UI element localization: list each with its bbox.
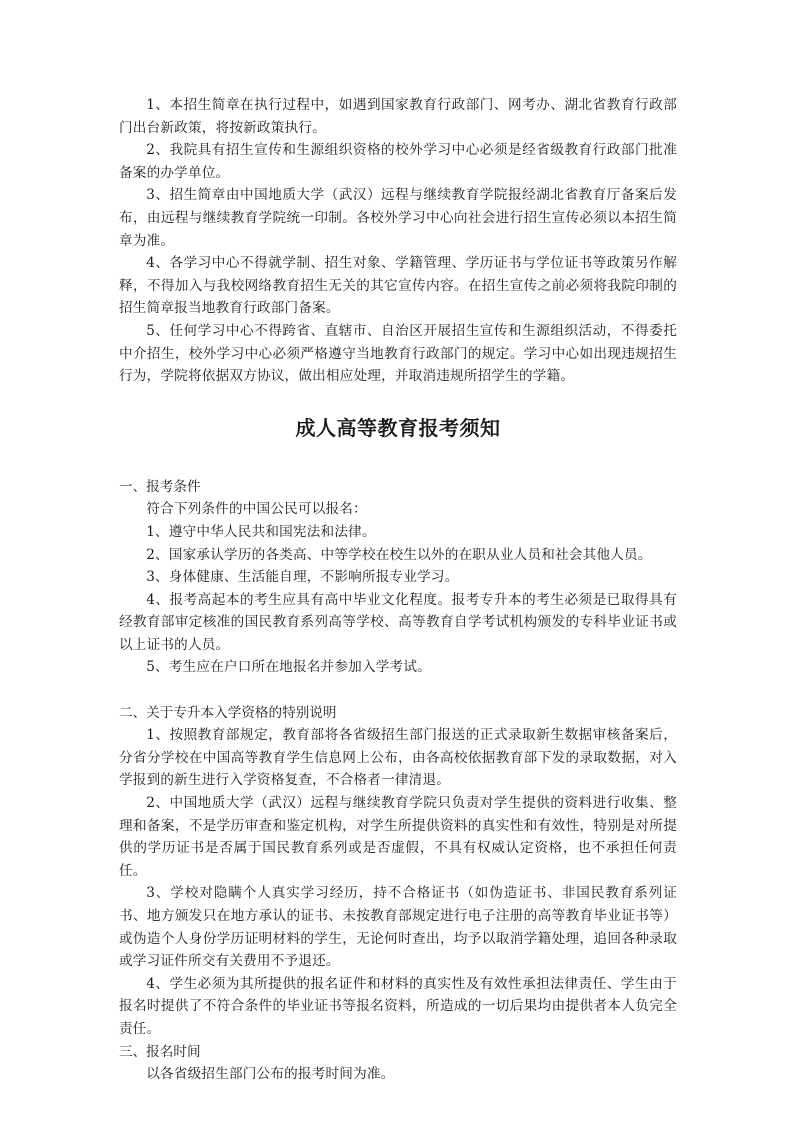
blank-line bbox=[119, 679, 677, 702]
section-heading: 三、报名时间 bbox=[119, 1041, 677, 1064]
section-upgrade-qualification: 二、关于专升本入学资格的特别说明 1、按照教育部规定，教育部将各省级招生部门报送… bbox=[119, 702, 677, 1041]
intro-item-5: 5、任何学习中心不得跨省、直辖市、自治区开展招生宣传和生源组织活动，不得委托中介… bbox=[119, 320, 677, 388]
list-item: 4、学生必须为其所提供的报名证件和材料的真实性及有效性承担法律责任、学生由于报名… bbox=[119, 973, 677, 1041]
list-item: 1、按照教育部规定，教育部将各省级招生部门报送的正式录取新生数据审核备案后，分省… bbox=[119, 724, 677, 792]
document-page: 1、本招生简章在执行过程中，如遇到国家教育行政部门、网考办、湖北省教育行政部门出… bbox=[119, 94, 677, 1086]
intro-item-4: 4、各学习中心不得就学制、招生对象、学籍管理、学历证书与学位证书等政策另作解释，… bbox=[119, 252, 677, 320]
list-item: 1、遵守中华人民共和国宪法和法律。 bbox=[119, 521, 677, 544]
document-title: 成人高等教育报考须知 bbox=[119, 414, 677, 442]
list-item: 5、考生应在户口所在地报名并参加入学考试。 bbox=[119, 656, 677, 679]
section-heading: 一、报考条件 bbox=[119, 476, 677, 499]
section-eligibility: 一、报考条件 符合下列条件的中国公民可以报名： 1、遵守中华人民共和国宪法和法律… bbox=[119, 476, 677, 679]
intro-item-3: 3、招生简章由中国地质大学（武汉）远程与继续教育学院报经湖北省教育厅备案后发布，… bbox=[119, 184, 677, 252]
list-item: 以各省级招生部门公布的报考时间为准。 bbox=[119, 1063, 677, 1086]
intro-item-1: 1、本招生简章在执行过程中，如遇到国家教育行政部门、网考办、湖北省教育行政部门出… bbox=[119, 94, 677, 139]
list-item: 2、中国地质大学（武汉）远程与继续教育学院只负责对学生提供的资料进行收集、整理和… bbox=[119, 792, 677, 882]
list-item: 3、学校对隐瞒个人真实学习经历，持不合格证书（如伪造证书、非国民教育系列证书、地… bbox=[119, 882, 677, 972]
list-item: 2、国家承认学历的各类高、中等学校在校生以外的在职从业人员和社会其他人员。 bbox=[119, 544, 677, 567]
list-item: 3、身体健康、生活能自理，不影响所报专业学习。 bbox=[119, 566, 677, 589]
section-heading: 二、关于专升本入学资格的特别说明 bbox=[119, 702, 677, 725]
list-item: 4、报考高起本的考生应具有高中毕业文化程度。报考专升本的考生必须是已取得具有经教… bbox=[119, 589, 677, 657]
section-registration-time: 三、报名时间 以各省级招生部门公布的报考时间为准。 bbox=[119, 1041, 677, 1086]
spacer bbox=[119, 442, 677, 476]
section-intro: 符合下列条件的中国公民可以报名： bbox=[119, 498, 677, 521]
intro-list: 1、本招生简章在执行过程中，如遇到国家教育行政部门、网考办、湖北省教育行政部门出… bbox=[119, 94, 677, 388]
intro-item-2: 2、我院具有招生宣传和生源组织资格的校外学习中心必须是经省级教育行政部门批准备案… bbox=[119, 139, 677, 184]
spacer bbox=[119, 388, 677, 414]
